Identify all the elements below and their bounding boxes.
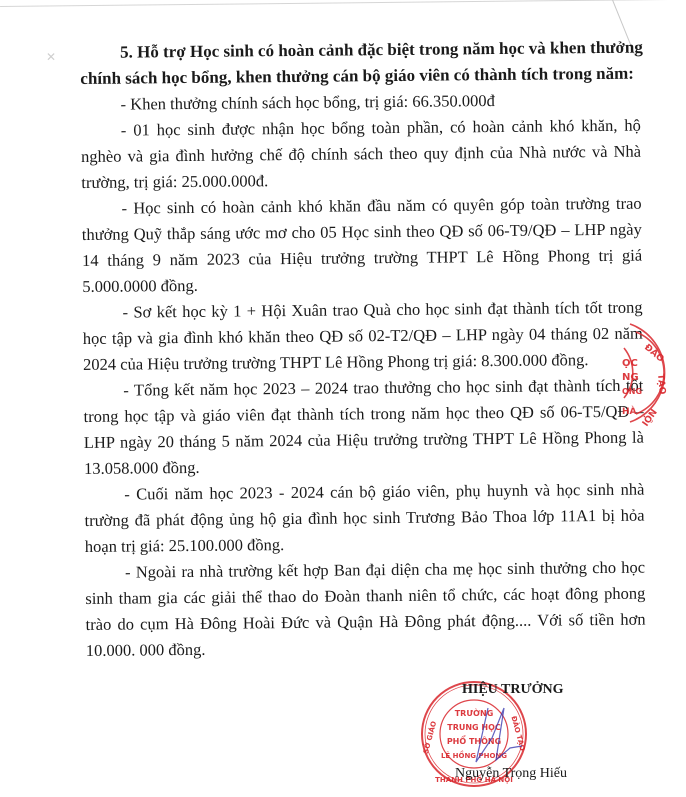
paragraph-full-scholarship: - 01 học sinh được nhận học bổng toàn ph… <box>81 113 642 196</box>
paragraph-semester-review: - Sơ kết học kỳ 1 + Hội Xuân trao Quà ch… <box>82 295 643 378</box>
document-body: 5. Hỗ trợ Học sinh có hoàn cảnh đặc biệt… <box>80 35 646 664</box>
signature-title: HIỆU TRƯỞNG <box>462 682 564 698</box>
section-heading: 5. Hỗ trợ Học sinh có hoàn cảnh đặc biệt… <box>80 35 640 92</box>
signatory-name: Nguyễn Trọng Hiếu <box>455 766 567 782</box>
signature-block: TRƯỜNG TRUNG HỌC PHỔ THÔNG LÊ HỒNG PHONG… <box>400 670 600 797</box>
svg-text:NỘI: NỘI <box>639 406 659 428</box>
svg-text:HÀ: HÀ <box>622 405 637 417</box>
page-edge <box>0 0 686 7</box>
paragraph-sports-awards: - Ngoài ra nhà trường kết hợp Ban đại di… <box>85 555 646 664</box>
side-seal-stamp-icon: ĐÀO TẠO NỘI ỌC NG ONG HÀ <box>622 318 686 428</box>
svg-text:TẠO: TẠO <box>655 373 667 395</box>
margin-mark: ✕ <box>46 50 56 64</box>
paragraph-dream-fund: - Học sinh có hoàn cảnh khó khăn đầu năm… <box>81 191 642 300</box>
paragraph-fire-relief: - Cuối năm học 2023 - 2024 cán bộ giáo v… <box>84 477 645 560</box>
svg-text:TRUNG HỌC: TRUNG HỌC <box>447 723 501 732</box>
svg-text:ỌC: ỌC <box>622 358 638 369</box>
heading-line-2: chính sách học bổng, khen thưởng cán bộ … <box>80 61 640 92</box>
svg-text:NG: NG <box>622 372 639 383</box>
svg-text:ONG: ONG <box>622 387 642 396</box>
paragraph-year-end-awards: - Tổng kết năm học 2023 – 2024 trao thưở… <box>83 373 644 482</box>
